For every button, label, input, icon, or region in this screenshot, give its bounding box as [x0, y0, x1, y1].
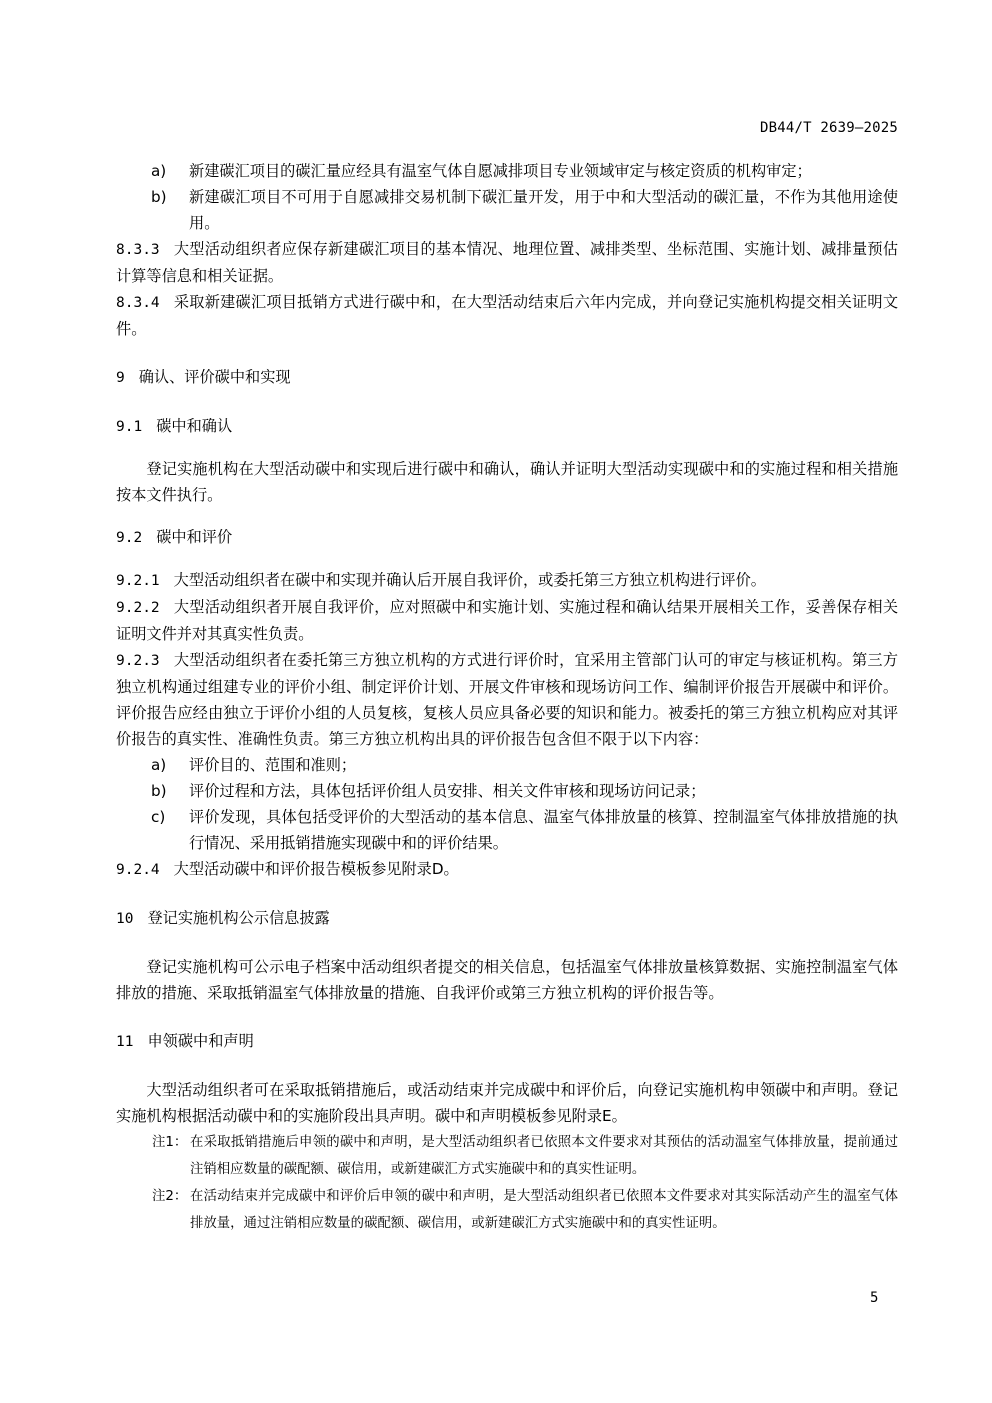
section-number: 11 — [116, 1034, 133, 1050]
section-heading-11: 11申领碳中和声明 — [116, 1028, 898, 1055]
clause-text: 大型活动碳中和评价报告模板参见附录D。 — [174, 860, 459, 878]
note-label: 注2： — [152, 1183, 190, 1237]
section-title: 确认、评价碳中和实现 — [139, 368, 291, 386]
list-item: a) 新建碳汇项目的碳汇量应经具有温室气体自愿减排项目专业领域审定与核定资质的机… — [116, 158, 898, 184]
clause-9-2-3: 9.2.3大型活动组织者在委托第三方独立机构的方式进行评价时，宜采用主管部门认可… — [116, 647, 898, 752]
subsection-heading-9-2: 9.2碳中和评价 — [116, 524, 898, 551]
list-marker: c) — [116, 804, 189, 856]
note-text: 在采取抵销措施后申领的碳中和声明，是大型活动组织者已依照本文件要求对其预估的活动… — [190, 1129, 898, 1183]
clause-9-2-1: 9.2.1大型活动组织者在碳中和实现并确认后开展自我评价，或委托第三方独立机构进… — [116, 567, 898, 594]
clause-text: 大型活动组织者应保存新建碳汇项目的基本情况、地理位置、减排类型、坐标范围、实施计… — [116, 240, 898, 285]
list-text: 新建碳汇项目的碳汇量应经具有温室气体自愿减排项目专业领域审定与核定资质的机构审定… — [189, 158, 898, 184]
clause-8-3-3: 8.3.3大型活动组织者应保存新建碳汇项目的基本情况、地理位置、减排类型、坐标范… — [116, 236, 898, 289]
list-item: b) 评价过程和方法，具体包括评价组人员安排、相关文件审核和现场访问记录； — [116, 778, 898, 804]
section-title: 申领碳中和声明 — [147, 1032, 253, 1050]
clause-9-2-2: 9.2.2大型活动组织者开展自我评价，应对照碳中和实施计划、实施过程和确认结果开… — [116, 594, 898, 647]
standard-code: DB44/T 2639—2025 — [760, 120, 898, 136]
section-number: 9 — [116, 370, 125, 386]
note-text: 在活动结束并完成碳中和评价后申领的碳中和声明，是大型活动组织者已依照本文件要求对… — [190, 1183, 898, 1237]
paragraph: 登记实施机构在大型活动碳中和实现后进行碳中和确认，确认并证明大型活动实现碳中和的… — [116, 456, 898, 508]
list-item: b) 新建碳汇项目不可用于自愿减排交易机制下碳汇量开发，用于中和大型活动的碳汇量… — [116, 184, 898, 236]
list-item: c) 评价发现，具体包括受评价的大型活动的基本信息、温室气体排放量的核算、控制温… — [116, 804, 898, 856]
list-marker: a) — [116, 158, 189, 184]
clause-text: 采取新建碳汇项目抵销方式进行碳中和，在大型活动结束后六年内完成，并向登记实施机构… — [116, 293, 898, 338]
list-text: 评价目的、范围和准则； — [189, 752, 898, 778]
list-text: 新建碳汇项目不可用于自愿减排交易机制下碳汇量开发，用于中和大型活动的碳汇量，不作… — [189, 184, 898, 236]
note-label: 注1： — [152, 1129, 190, 1183]
clause-text: 大型活动组织者在委托第三方独立机构的方式进行评价时，宜采用主管部门认可的审定与核… — [116, 651, 898, 748]
subsection-heading-9-1: 9.1碳中和确认 — [116, 413, 898, 440]
clause-number: 9.2.1 — [116, 573, 160, 589]
paragraph: 登记实施机构可公示电子档案中活动组织者提交的相关信息，包括温室气体排放量核算数据… — [116, 954, 898, 1006]
section-heading-9: 9确认、评价碳中和实现 — [116, 364, 898, 391]
section-heading-10: 10登记实施机构公示信息披露 — [116, 905, 898, 932]
clause-number: 9.2.4 — [116, 862, 160, 878]
section-title: 碳中和评价 — [156, 528, 232, 546]
section-title: 登记实施机构公示信息披露 — [147, 909, 329, 927]
section-title: 碳中和确认 — [156, 417, 232, 435]
clause-number: 8.3.4 — [116, 295, 160, 311]
paragraph: 大型活动组织者可在采取抵销措施后，或活动结束并完成碳中和评价后，向登记实施机构申… — [116, 1077, 898, 1129]
section-number: 10 — [116, 911, 133, 927]
clause-text: 大型活动组织者在碳中和实现并确认后开展自我评价，或委托第三方独立机构进行评价。 — [174, 571, 766, 589]
clause-9-2-4: 9.2.4大型活动碳中和评价报告模板参见附录D。 — [116, 856, 898, 883]
list-text: 评价过程和方法，具体包括评价组人员安排、相关文件审核和现场访问记录； — [189, 778, 898, 804]
list-marker: a) — [116, 752, 189, 778]
clause-number: 8.3.3 — [116, 242, 160, 258]
clause-number: 9.2.3 — [116, 653, 160, 669]
section-number: 9.1 — [116, 419, 142, 435]
list-marker: b) — [116, 778, 189, 804]
document-body: a) 新建碳汇项目的碳汇量应经具有温室气体自愿减排项目专业领域审定与核定资质的机… — [116, 158, 898, 1237]
clause-number: 9.2.2 — [116, 600, 160, 616]
document-page: DB44/T 2639—2025 a) 新建碳汇项目的碳汇量应经具有温室气体自愿… — [0, 0, 992, 1403]
note-1: 注1： 在采取抵销措施后申领的碳中和声明，是大型活动组织者已依照本文件要求对其预… — [116, 1129, 898, 1183]
page-number: 5 — [870, 1290, 878, 1306]
list-item: a) 评价目的、范围和准则； — [116, 752, 898, 778]
list-marker: b) — [116, 184, 189, 236]
list-text: 评价发现，具体包括受评价的大型活动的基本信息、温室气体排放量的核算、控制温室气体… — [189, 804, 898, 856]
note-2: 注2： 在活动结束并完成碳中和评价后申领的碳中和声明，是大型活动组织者已依照本文… — [116, 1183, 898, 1237]
clause-text: 大型活动组织者开展自我评价，应对照碳中和实施计划、实施过程和确认结果开展相关工作… — [116, 598, 898, 643]
clause-8-3-4: 8.3.4采取新建碳汇项目抵销方式进行碳中和，在大型活动结束后六年内完成，并向登… — [116, 289, 898, 342]
section-number: 9.2 — [116, 530, 142, 546]
